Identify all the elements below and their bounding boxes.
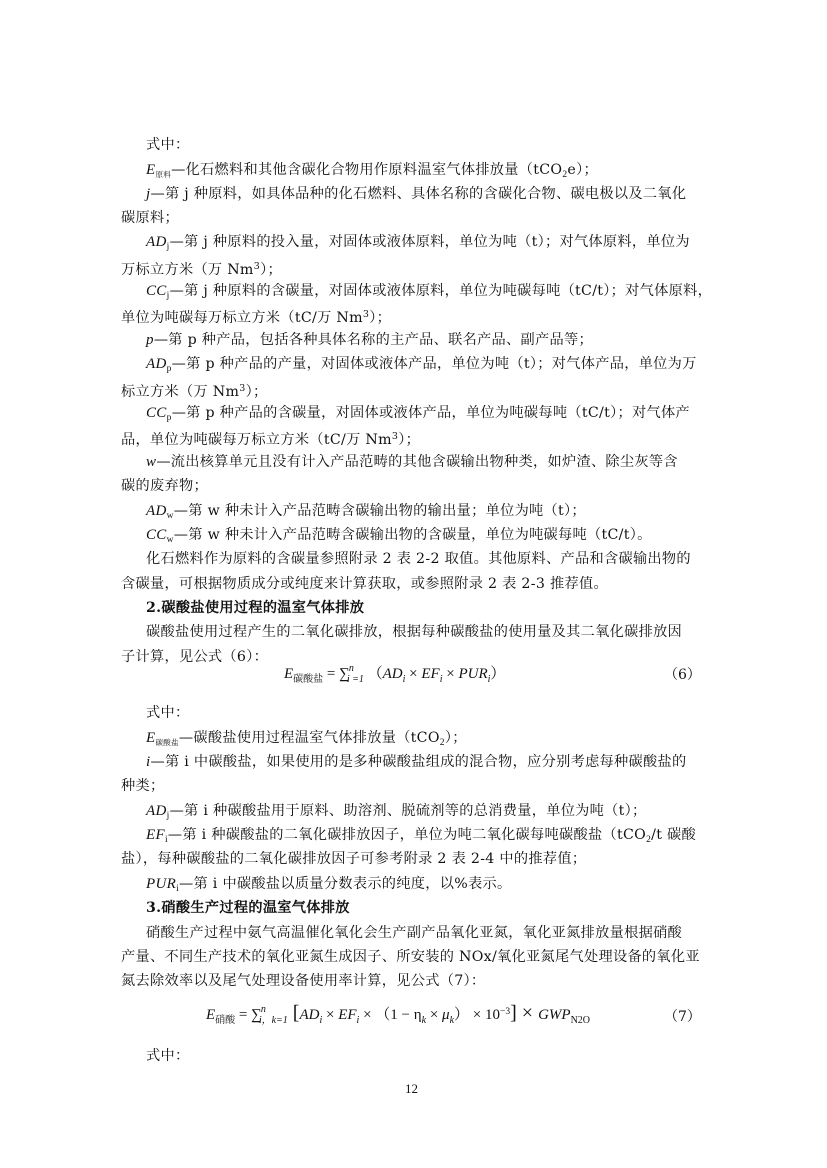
section-2-paragraph-line2: 子计算，见公式（6）： (121, 648, 268, 666)
definition-w-cont: 碳的废弃物； (121, 477, 208, 495)
section-3-paragraph-line2: 产量、不同生产技术的氧化亚氮生成因子、所安装的 NOx/氧化亚氮尾气处理设备的氧… (121, 948, 700, 966)
section-3-heading: 3.硝酸生产过程的温室气体排放 (146, 899, 350, 917)
section-3-paragraph-line3: 氮去除效率以及尾气处理设备使用率计算，见公式（7）： (121, 972, 485, 990)
page-number: 12 (405, 1081, 418, 1097)
where-label-3: 式中： (146, 1047, 189, 1065)
formula-6: E碳酸盐 = ∑ni =1 （ADi × EFi × PURi） (284, 662, 505, 685)
definition-ad-j: ADj—第 j 种原料的投入量，对固体或液体原料，单位为吨（t）；对气体原料，单… (146, 233, 690, 256)
definition-ad-p: ADp—第 p 种产品的产量，对固体或液体产品，单位为吨（t）；对气体产品，单位… (146, 355, 697, 378)
definition-ad-w: ADw—第 w 种未计入产品范畴含碳输出物的输出量；单位为吨（t）； (146, 502, 586, 525)
definition-cc-j: CCj—第 j 种原料的含碳量，对固体或液体原料，单位为吨碳每吨（tC/t）；对… (146, 282, 712, 305)
formula-7-number: （7） (664, 1006, 701, 1026)
definition-i: i—第 i 中碳酸盐，如果使用的是多种碳酸盐组成的混合物，应分别考虑每种碳酸盐的 (146, 753, 686, 771)
formula-6-number: （6） (664, 664, 701, 684)
definition-ad-i: ADj—第 i 种碳酸盐用于原料、助溶剂、脱硫剂等的总消费量，单位为吨（t）； (146, 802, 647, 825)
where-label-2: 式中： (146, 704, 189, 722)
where-label: 式中： (146, 136, 189, 154)
definition-ad-p-cont: 标立方米（万 Nm3）； (121, 380, 267, 401)
definition-e-carbonate: E碳酸盐—碳酸盐使用过程温室气体排放量（tCO2）； (146, 729, 467, 752)
section-3-paragraph-line1: 硝酸生产过程中氨气高温催化氧化会生产副产品氧化亚氮，氧化亚氮排放量根据硝酸 (146, 924, 682, 942)
definition-p: p—第 p 种产品，包括各种具体名称的主产品、联名产品、副产品等； (146, 331, 593, 349)
formula-7: E硝酸 = ∑ni，k=1 [ADi × EFi × （1 − ηk × μk）… (206, 1002, 590, 1026)
definition-ad-j-cont: 万标立方米（万 Nm3）； (121, 258, 282, 279)
document-page: 式中： E原料—化石燃料和其他含碳化合物用作原料温室气体排放量（tCO2e）； … (0, 0, 827, 1168)
definition-j: j—第 j 种原料，如具体品种的化石燃料、具体名称的含碳化合物、碳电极以及二氧化 (146, 185, 686, 203)
definition-pur-i: PURi—第 i 中碳酸盐以质量分数表示的纯度，以%表示。 (146, 875, 512, 898)
definition-i-cont: 种类； (121, 777, 164, 795)
definition-ef-i-cont: 盐），每种碳酸盐的二氧化碳排放因子可参考附录 2 表 2-4 中的推荐值； (121, 850, 586, 868)
note-paragraph-line1: 化石燃料作为原料的含碳量参照附录 2 表 2-2 取值。其他原料、产品和含碳输出… (146, 550, 691, 568)
section-2-heading: 2.碳酸盐使用过程的温室气体排放 (146, 599, 364, 617)
section-2-paragraph-line1: 碳酸盐使用过程产生的二氧化碳排放，根据每种碳酸盐的使用量及其二氧化碳排放因 (146, 623, 682, 641)
definition-ef-i: EFi—第 i 种碳酸盐的二氧化碳排放因子，单位为吨二氧化碳每吨碳酸盐（tCO2… (146, 826, 696, 849)
definition-j-cont: 碳原料； (121, 209, 179, 227)
definition-cc-p-cont: 品，单位为吨碳每万标立方米（tC/万 Nm3）； (121, 428, 420, 449)
definition-e-raw: E原料—化石燃料和其他含碳化合物用作原料温室气体排放量（tCO2e）； (146, 161, 598, 184)
definition-w: w—流出核算单元且没有计入产品范畴的其他含碳输出物种类，如炉渣、除尘灰等含 (146, 453, 678, 471)
definition-cc-j-cont: 单位为吨碳每万标立方米（tC/万 Nm3）； (121, 306, 391, 327)
definition-cc-w: CCw—第 w 种未计入产品范畴含碳输出物的含碳量，单位为吨碳每吨（tC/t）。 (146, 526, 652, 549)
definition-cc-p: CCp—第 p 种产品的含碳量，对固体或液体产品，单位为吨碳每吨（tC/t）；对… (146, 404, 690, 427)
note-paragraph-line2: 含碳量，可根据物质成分或纯度来计算获取，或参照附录 2 表 2-3 推荐值。 (121, 575, 608, 593)
